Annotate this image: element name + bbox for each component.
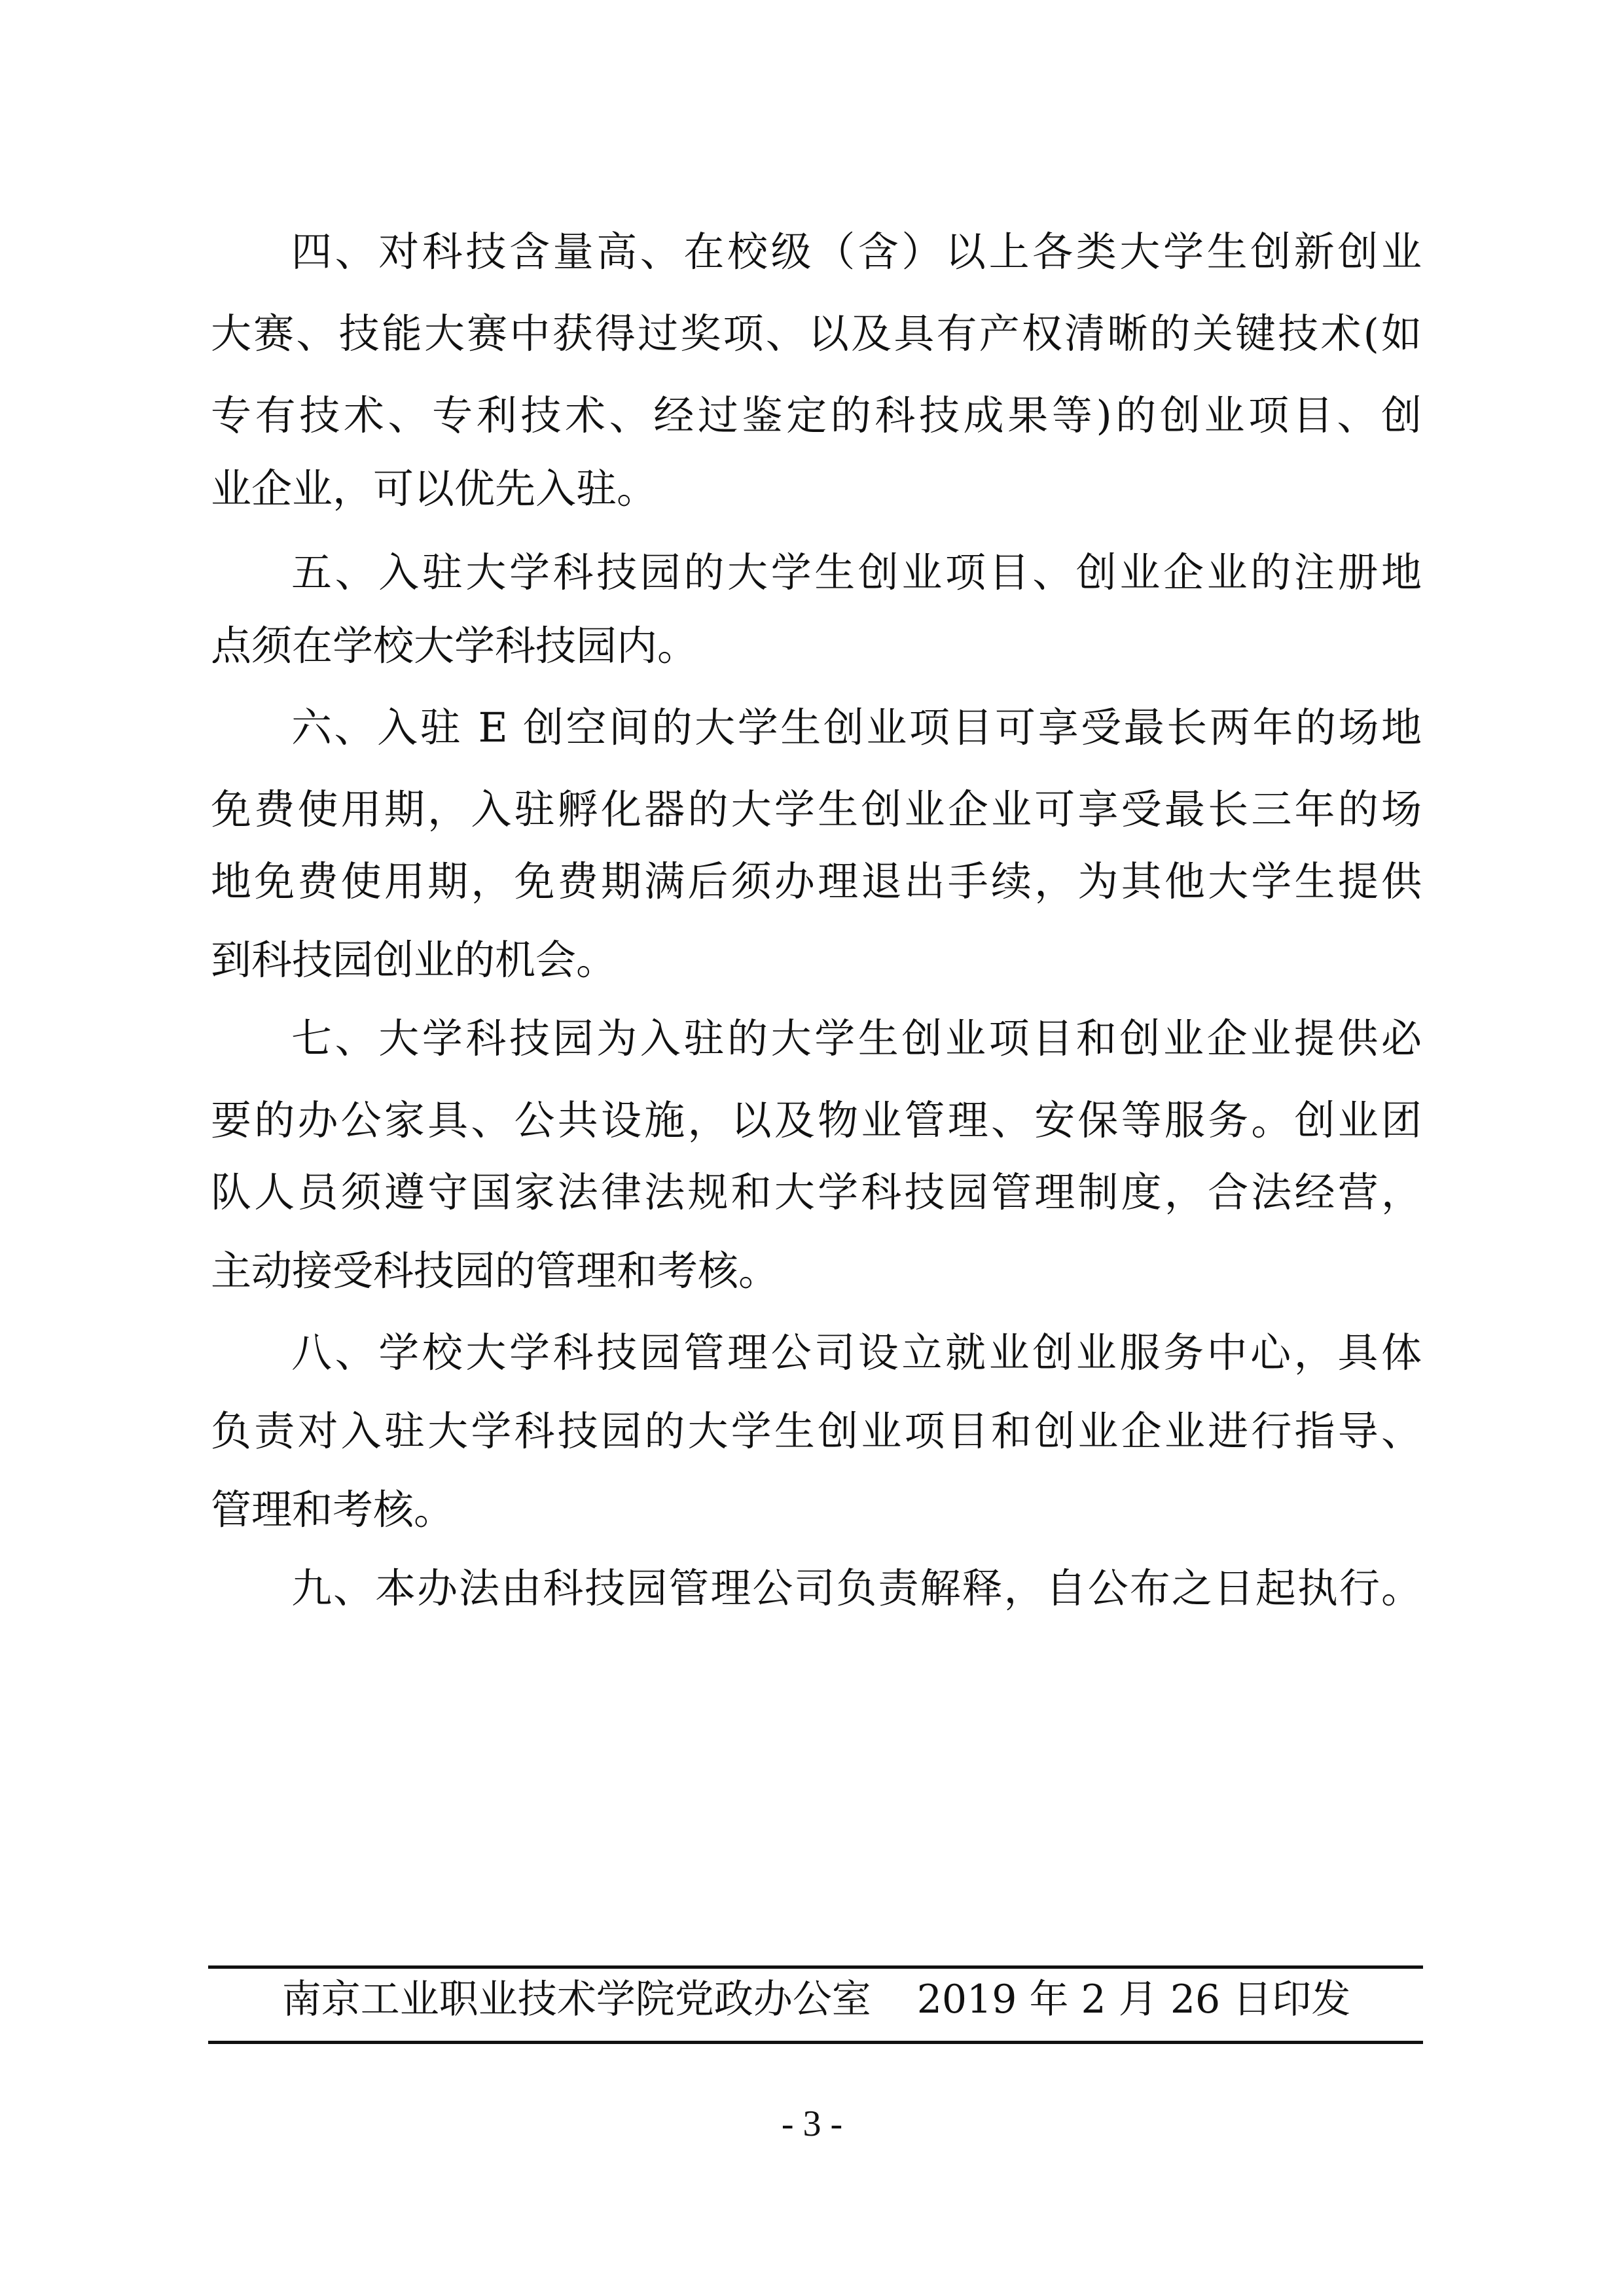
paragraph-7-line-3: 队人员须遵守国家法律法规和大学科技园管理制度，合法经营， — [211, 1163, 1422, 1222]
paragraph-5-line-2: 点须在学校大学科技园内。 — [211, 617, 1422, 675]
paragraph-4-line-2: 大赛、技能大赛中获得过奖项、以及具有产权清晰的关键技术(如 — [211, 304, 1422, 363]
paragraph-6-line-1: 六、入驻 E 创空间的大学生创业项目可享受最长两年的场地 — [291, 698, 1422, 757]
paragraph-4-line-1: 四、对科技含量高、在校级（含）以上各类大学生创新创业 — [291, 223, 1422, 281]
paragraph-7-line-4: 主动接受科技园的管理和考核。 — [211, 1242, 1422, 1300]
footer-imprint: 南京工业职业技术学院党政办公室 2019 年 2 月 26 日印发 — [211, 1970, 1422, 2029]
paragraph-4-line-3: 专有技术、专利技术、经过鉴定的科技成果等)的创业项目、创 — [211, 386, 1422, 445]
paragraph-9-line-1: 九、本办法由科技园管理公司负责解释，自公布之日起执行。 — [291, 1559, 1422, 1618]
paragraph-6-line-3: 地免费使用期，免费期满后须办理退出手续，为其他大学生提供 — [211, 852, 1422, 911]
paragraph-8-line-1: 八、学校大学科技园管理公司设立就业创业服务中心，具体 — [291, 1323, 1422, 1382]
document-page: 四、对科技含量高、在校级（含）以上各类大学生创新创业 大赛、技能大赛中获得过奖项… — [0, 0, 1624, 2296]
paragraph-4-line-4: 业企业，可以优先入驻。 — [211, 459, 1422, 518]
paragraph-7-line-2: 要的办公家具、公共设施，以及物业管理、安保等服务。创业团 — [211, 1091, 1422, 1150]
footer-issuer: 南京工业职业技术学院党政办公室 — [282, 1970, 871, 2029]
footer-issue-date: 2019 年 2 月 26 日印发 — [917, 1970, 1351, 2029]
page-number: - 3 - — [0, 2098, 1624, 2150]
footer-top-rule — [208, 1965, 1423, 1969]
paragraph-7-line-1: 七、大学科技园为入驻的大学生创业项目和创业企业提供必 — [291, 1009, 1422, 1068]
paragraph-8-line-2: 负责对入驻大学科技园的大学生创业项目和创业企业进行指导、 — [211, 1402, 1422, 1461]
paragraph-5-line-1: 五、入驻大学科技园的大学生创业项目、创业企业的注册地 — [291, 543, 1422, 602]
paragraph-8-line-3: 管理和考核。 — [211, 1480, 1422, 1539]
footer-bottom-rule — [208, 2041, 1423, 2044]
paragraph-6-line-2: 免费使用期，入驻孵化器的大学生创业企业可享受最长三年的场 — [211, 780, 1422, 839]
paragraph-6-line-4: 到科技园创业的机会。 — [211, 931, 1422, 990]
